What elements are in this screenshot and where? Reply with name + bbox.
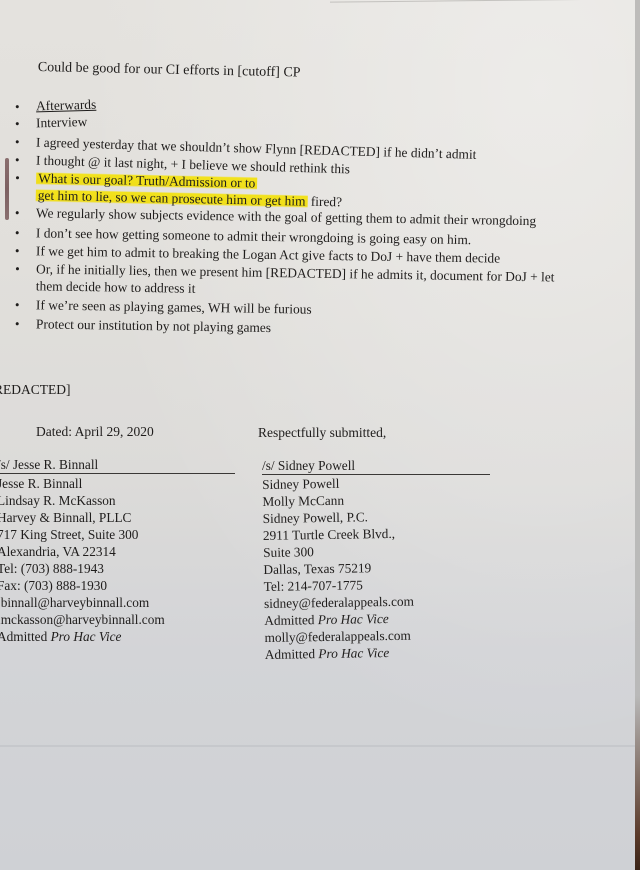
firm-name: Harvey & Binnall, PLLC (0, 509, 237, 526)
admission-note: Admitted Pro Hac Vice (0, 628, 237, 645)
redacted-label: REDACTED] (0, 382, 71, 398)
paper-fold (0, 745, 636, 747)
admission-prefix: Admitted (264, 612, 318, 628)
signature-block-left: /s/ Jesse R. Binnall Jesse R. Binnall Li… (0, 456, 237, 645)
note-heading: Afterwards (36, 97, 97, 114)
phone: Tel: (703) 888-1943 (0, 560, 237, 577)
note-text: fired? (307, 194, 342, 210)
counsel-name: Lindsay R. McKasson (0, 492, 237, 509)
admission-italic: Pro Hac Vice (318, 611, 389, 627)
admission-note: Admitted Pro Hac Vice (265, 642, 495, 663)
address-line: 717 King Street, Suite 300 (0, 526, 237, 543)
signature-block-right: /s/ Sidney Powell Sidney Powell Molly Mc… (262, 457, 492, 663)
address-line: Alexandria, VA 22314 (0, 543, 237, 560)
signature-lines: Sidney Powell Molly McCann Sidney Powell… (262, 472, 495, 663)
paper-sheet: Could be good for our CI efforts in [cut… (0, 0, 636, 870)
email: lmckasson@harveybinnall.com (0, 611, 237, 628)
email: jbinnall@harveybinnall.com (0, 594, 237, 611)
notes-list: Afterwards Interview I agreed yesterday … (14, 96, 574, 332)
intro-line: Could be good for our CI efforts in [cut… (38, 60, 301, 81)
respectfully-submitted: Respectfully submitted, (258, 425, 386, 441)
counsel-name: Jesse R. Binnall (0, 475, 237, 492)
note-text: Protect our institution by not playing g… (36, 316, 271, 335)
admission-italic: Pro Hac Vice (318, 645, 389, 661)
note-text: If we’re seen as playing games, WH will … (36, 297, 312, 316)
admission-italic: Pro Hac Vice (51, 629, 122, 644)
desk-edge (635, 0, 640, 870)
paper-crease (330, 0, 640, 6)
dated-line: Dated: April 29, 2020 (36, 424, 154, 440)
admission-prefix: Admitted (0, 629, 51, 644)
admission-prefix: Admitted (265, 646, 319, 662)
note-text: Interview (36, 114, 88, 130)
note-text: Or, if he initially lies, then we presen… (36, 261, 555, 296)
pen-margin-mark (5, 158, 9, 220)
signature-line: /s/ Jesse R. Binnall (0, 456, 235, 474)
fax: Fax: (703) 888-1930 (0, 577, 237, 594)
